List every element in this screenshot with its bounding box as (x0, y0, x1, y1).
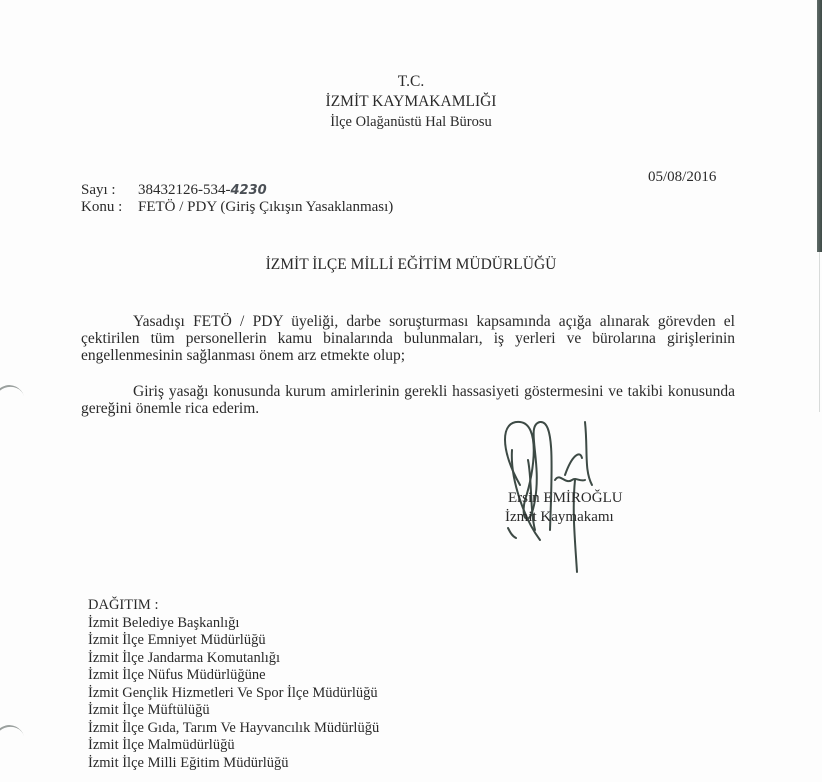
letterhead-institution: İZMİT KAYMAKAMLIĞI (0, 92, 822, 112)
punch-hole-mark (0, 381, 30, 422)
subject-row: Konu :FETÖ / PDY (Giriş Çıkışın Yasaklan… (81, 198, 393, 216)
distribution-item: İzmit Gençlik Hizmetleri Ve Spor İlçe Mü… (88, 685, 379, 703)
body-paragraph-1: Yasadışı FETÖ / PDY üyeliği, darbe soruş… (81, 313, 735, 364)
reference-number-value: 38432126-534- (138, 182, 231, 198)
punch-hole-mark (0, 721, 30, 762)
letterhead-department: İlçe Olağanüstü Hal Bürosu (0, 112, 822, 132)
signer-name: Ersin EMİROĞLU (508, 489, 623, 507)
letterhead-state: T.C. (0, 72, 822, 92)
distribution-item: İzmit İlçe Gıda, Tarım Ve Hayvancılık Mü… (88, 720, 379, 738)
distribution-item: İzmit İlçe Müftülüğü (88, 702, 379, 720)
distribution-items: İzmit Belediye Başkanlığı İzmit İlçe Emn… (88, 615, 379, 773)
distribution-heading: DAĞITIM : (88, 597, 379, 615)
signer-title: İzmit Kaymakamı (505, 508, 614, 526)
reference-number-label: Sayı : (81, 181, 138, 199)
subject-label: Konu : (81, 198, 138, 216)
scan-edge-line (819, 252, 820, 412)
distribution-item: İzmit İlçe Jandarma Komutanlığı (88, 650, 379, 668)
distribution-item: İzmit Belediye Başkanlığı (88, 615, 379, 633)
distribution-item: İzmit İlçe Malmüdürlüğü (88, 737, 379, 755)
distribution-list: DAĞITIM : İzmit Belediye Başkanlığı İzmi… (88, 597, 379, 772)
distribution-item: İzmit İlçe Milli Eğitim Müdürlüğü (88, 755, 379, 773)
subject-value: FETÖ / PDY (Giriş Çıkışın Yasaklanması) (138, 199, 393, 215)
recipient-heading: İZMİT İLÇE MİLLİ EĞİTİM MÜDÜRLÜĞÜ (0, 256, 822, 274)
reference-number-handwritten: 4230 (231, 183, 267, 198)
distribution-item: İzmit İlçe Emniyet Müdürlüğü (88, 632, 379, 650)
scanned-document-page: T.C. İZMİT KAYMAKAMLIĞI İlçe Olağanüstü … (0, 0, 822, 782)
distribution-item: İzmit İlçe Nüfus Müdürlüğüne (88, 667, 379, 685)
document-date: 05/08/2016 (648, 169, 716, 186)
